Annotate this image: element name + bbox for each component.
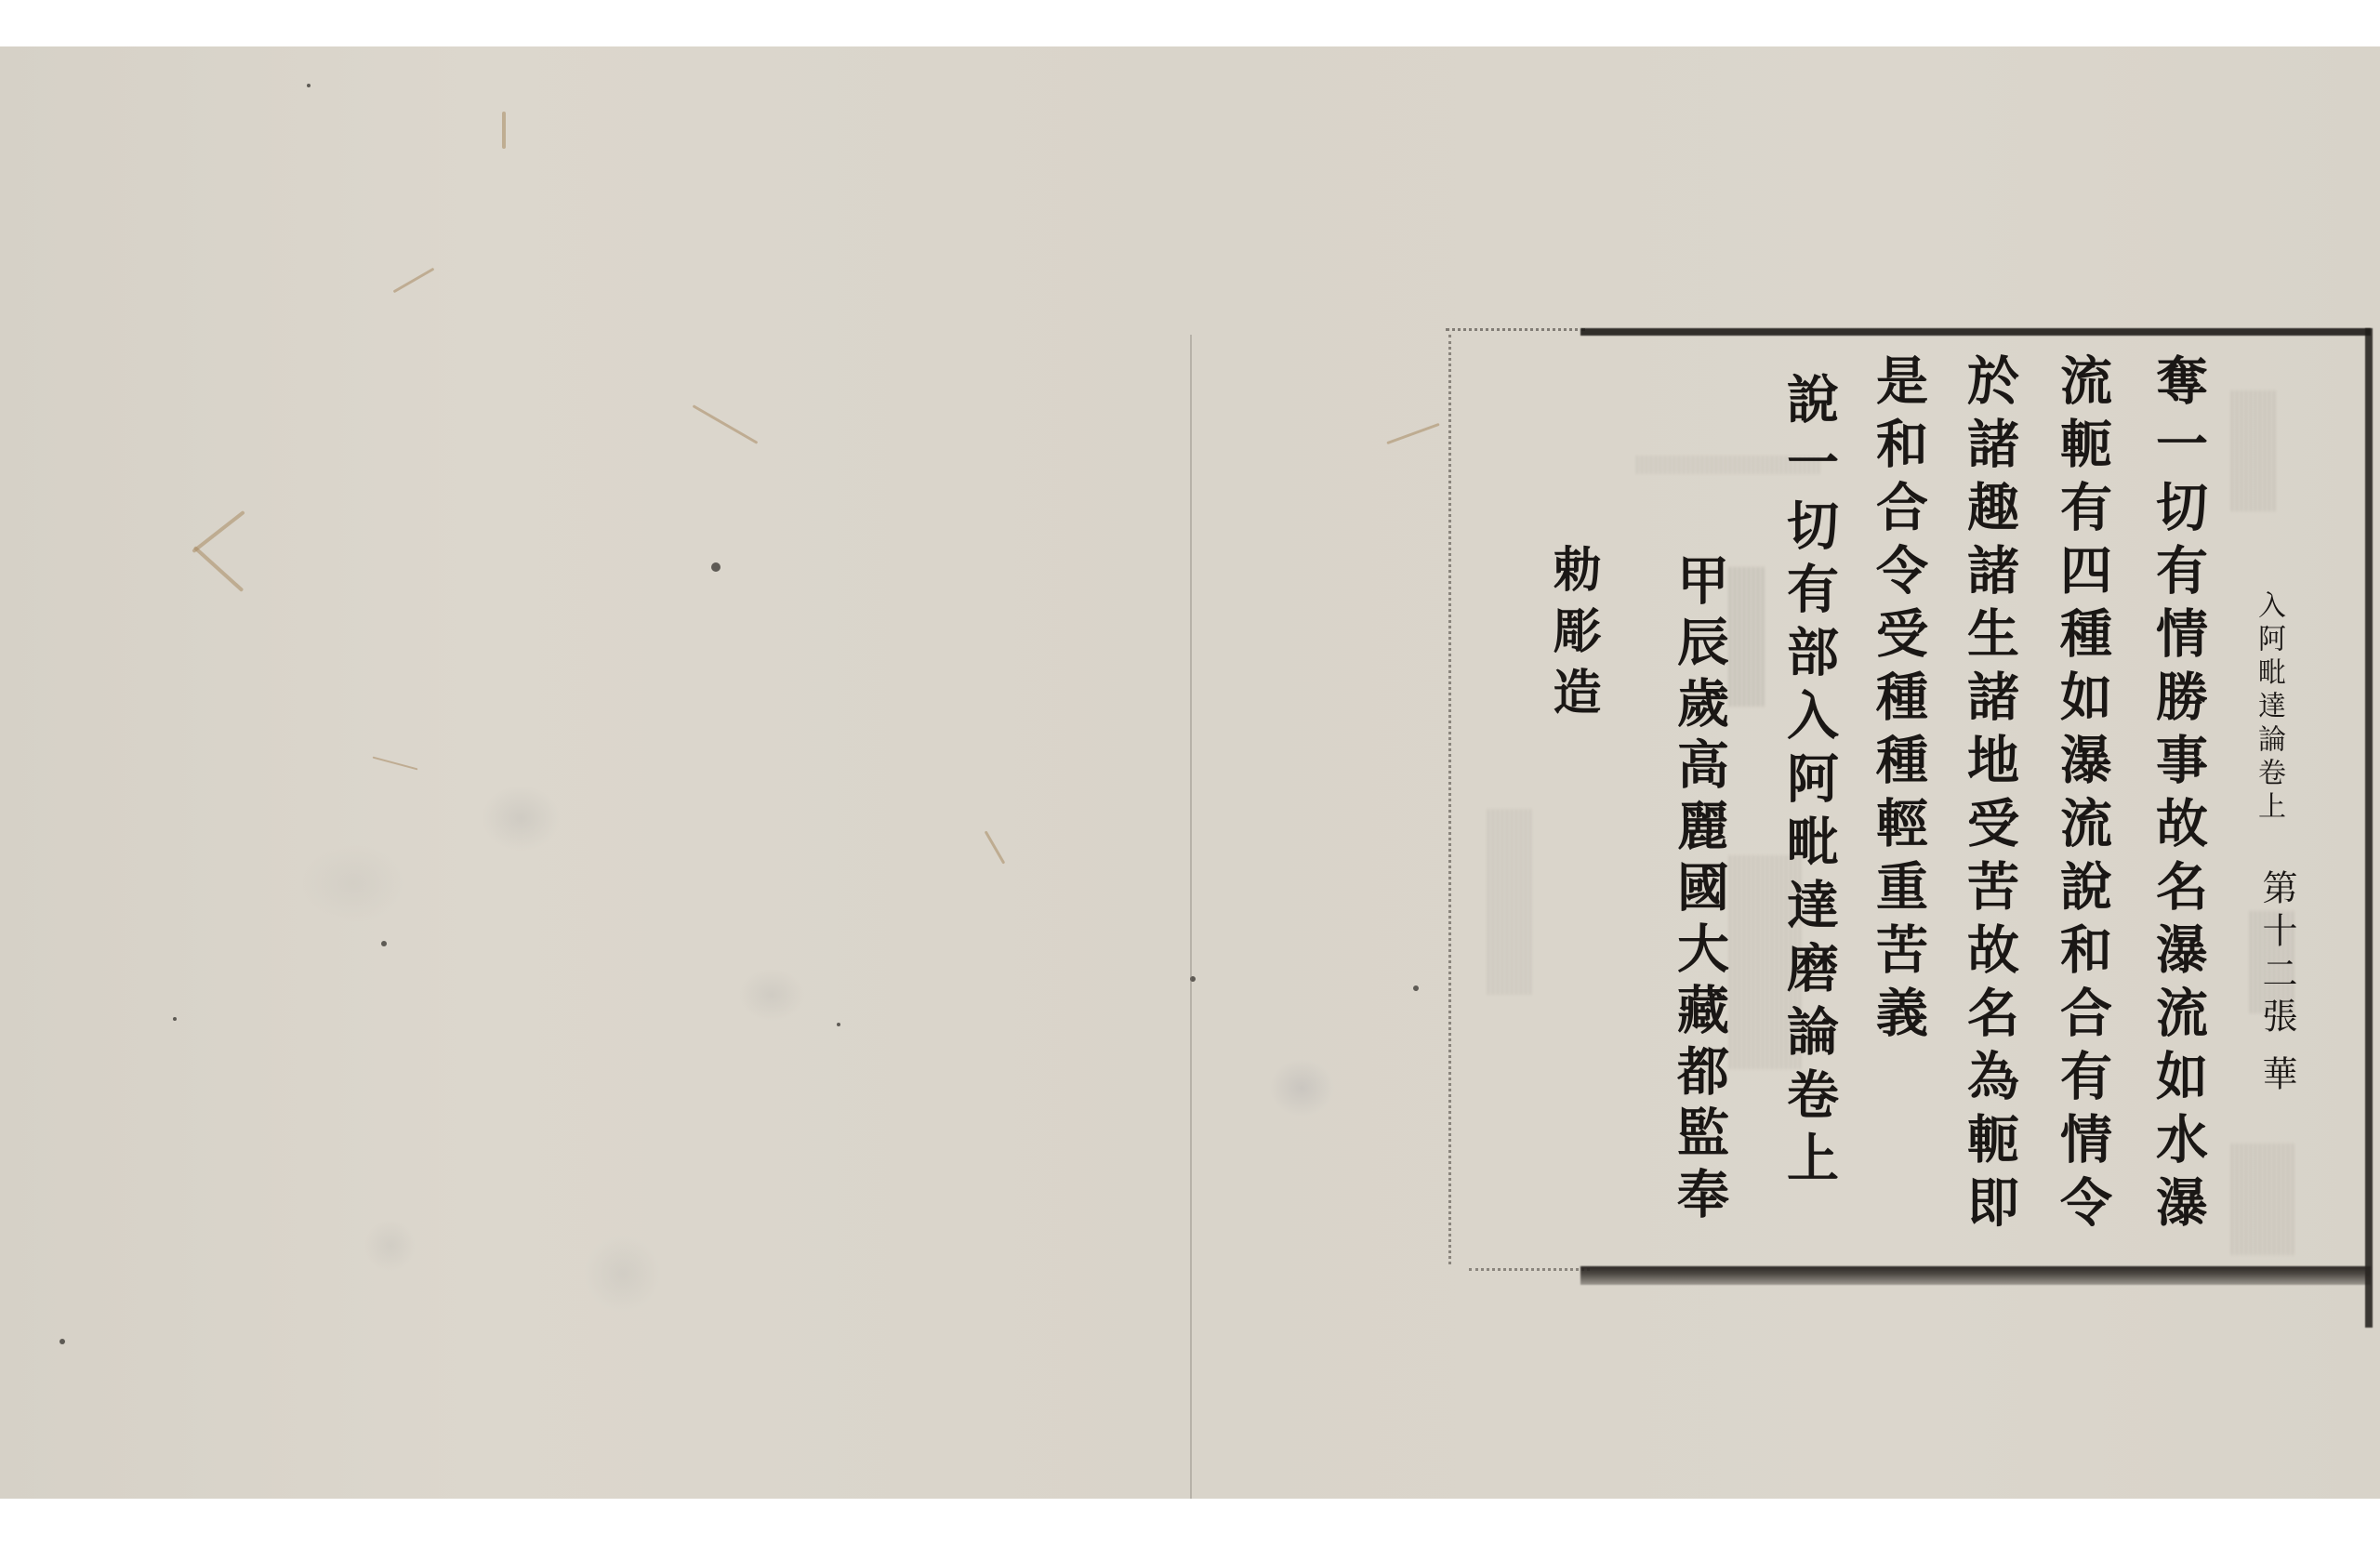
page-marker-title: 入阿毗達論卷上 [2254, 590, 2282, 825]
frame-border-bottom-faint [1469, 1268, 1590, 1271]
page-marker-series: 華 [2259, 1055, 2294, 1098]
paper-fiber [192, 510, 245, 553]
text-column-1: 奪一切有情勝事故名瀑流如水瀑 [2152, 353, 2204, 1238]
ink-smudge [1729, 567, 1766, 707]
paper-speck [381, 941, 387, 946]
ink-smudge [2231, 1144, 2296, 1255]
paper-fiber [985, 830, 1006, 864]
paper-fiber [502, 112, 506, 149]
frame-border-top [1580, 328, 2371, 336]
page-marker-leaf: 第十二張 [2259, 869, 2294, 1040]
frame-border-bottom [1580, 1266, 2371, 1285]
text-column-2: 流軛有四種如瀑流說和合有情令 [2056, 353, 2109, 1238]
text-column-4: 是和合令受種種輕重苦義 [1872, 353, 1924, 1049]
paper-fiber [193, 546, 245, 592]
paper-speck [59, 1339, 65, 1344]
frame-border-top-faint [1446, 328, 1585, 334]
text-column-5: 說一切有部入阿毗達磨論卷上 [1783, 372, 1835, 1194]
paper-fiber [1386, 423, 1439, 444]
paper-fiber [373, 757, 418, 771]
paper-fiber [693, 404, 759, 444]
paper-page: 入阿毗達論卷上 第十二張 華 奪一切有情勝事故名瀑流如水瀑 流軛有四種如瀑流說和… [0, 46, 2380, 1499]
ink-smudge [2231, 390, 2278, 511]
paper-speck [173, 1017, 177, 1021]
frame-border-left [1448, 335, 1451, 1264]
page-fold-line [1190, 335, 1192, 1499]
frame-border-right [2365, 328, 2373, 1328]
colophon-line-2: 勅彫造 [1548, 544, 1596, 728]
paper-speck [307, 84, 311, 87]
paper-speck [1413, 985, 1419, 991]
colophon-line-1: 甲辰歲高麗國大藏都監奉 [1673, 553, 1725, 1228]
paper-fiber [393, 268, 435, 294]
text-column-3: 於諸趣諸生諸地受苦故名為軛即 [1963, 353, 2016, 1238]
ink-smudge [1487, 809, 1534, 995]
paper-speck [837, 1023, 840, 1026]
paper-speck [711, 562, 721, 572]
